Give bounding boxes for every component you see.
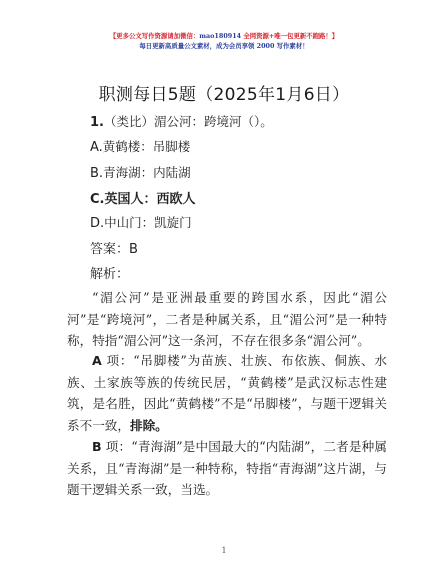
explanation-paragraph-a: A 项：“吊脚楼”为苗族、壮族、布依族、侗族、水族、土家族等族的传统民居，“黄鹤…: [67, 350, 387, 436]
promo-text-1: 【更多公文写作资源请加微信：: [110, 32, 199, 40]
option-d: D.中山门：凯旋门: [90, 213, 192, 231]
answer-label: 答案：: [90, 242, 129, 257]
explanation-a-body: 项：“吊脚楼”为苗族、壮族、布依族、侗族、水族、土家族等族的传统民居，“黄鹤楼”…: [67, 353, 387, 433]
question-text: （类比）湄公河：跨境河（）。: [104, 114, 273, 129]
option-d-label: D.: [90, 216, 104, 231]
document-page: 【更多公文写作资源请加微信：mao180914 全网资源+唯一包更新不跑路！】 …: [0, 0, 448, 580]
option-c-text: 英国人：西欧人: [104, 192, 195, 207]
option-a: A.黄鹤楼：吊脚楼: [90, 137, 190, 155]
promo-text-2: 全网资源+唯一包更新不跑路！】: [241, 32, 338, 40]
explanation-paragraph-1: “湄公河”是亚洲最重要的跨国水系，因此“湄公河”是“跨境河”，二者是种属关系，且…: [67, 287, 387, 352]
answer-line: 答案：B: [90, 238, 138, 257]
page-title: 职测每日5题（2025年1月6日）: [0, 80, 448, 105]
option-b: B.青海湖：内陆湖: [90, 163, 191, 181]
explanation-paragraph-b: B 项：“青海湖”是中国最大的“内陆湖”，二者是种属关系，且“青海湖”是一种特称…: [67, 436, 387, 501]
question-number: 1.: [90, 115, 104, 130]
promo-banner-line1: 【更多公文写作资源请加微信：mao180914 全网资源+唯一包更新不跑路！】: [0, 31, 448, 40]
option-a-label: A.: [90, 140, 103, 155]
option-b-label: B.: [90, 166, 103, 181]
option-ref-b: B: [92, 439, 102, 454]
option-a-text: 黄鹤楼：吊脚楼: [103, 139, 191, 154]
option-c: C.英国人：西欧人: [90, 188, 196, 207]
explanation-heading: 解析：: [90, 263, 129, 282]
explanation-b-body: 项：“青海湖”是中国最大的“内陆湖”，二者是种属关系，且“青海湖”是一种特称，特…: [67, 439, 387, 497]
option-ref-a: A: [92, 353, 102, 368]
option-b-text: 青海湖：内陆湖: [103, 165, 191, 180]
promo-banner-line2: 每日更新高质量公文素材，成为会员享领 2000 写作素材！: [0, 41, 448, 50]
question-stem: 1.（类比）湄公河：跨境河（）。: [90, 112, 273, 130]
wechat-id: mao180914: [199, 32, 241, 40]
explanation-a-verdict: 排除。: [130, 418, 168, 433]
page-number: 1: [0, 546, 448, 555]
option-c-label: C.: [90, 192, 104, 207]
answer-value: B: [129, 242, 138, 257]
option-d-text: 中山门：凯旋门: [104, 215, 192, 230]
